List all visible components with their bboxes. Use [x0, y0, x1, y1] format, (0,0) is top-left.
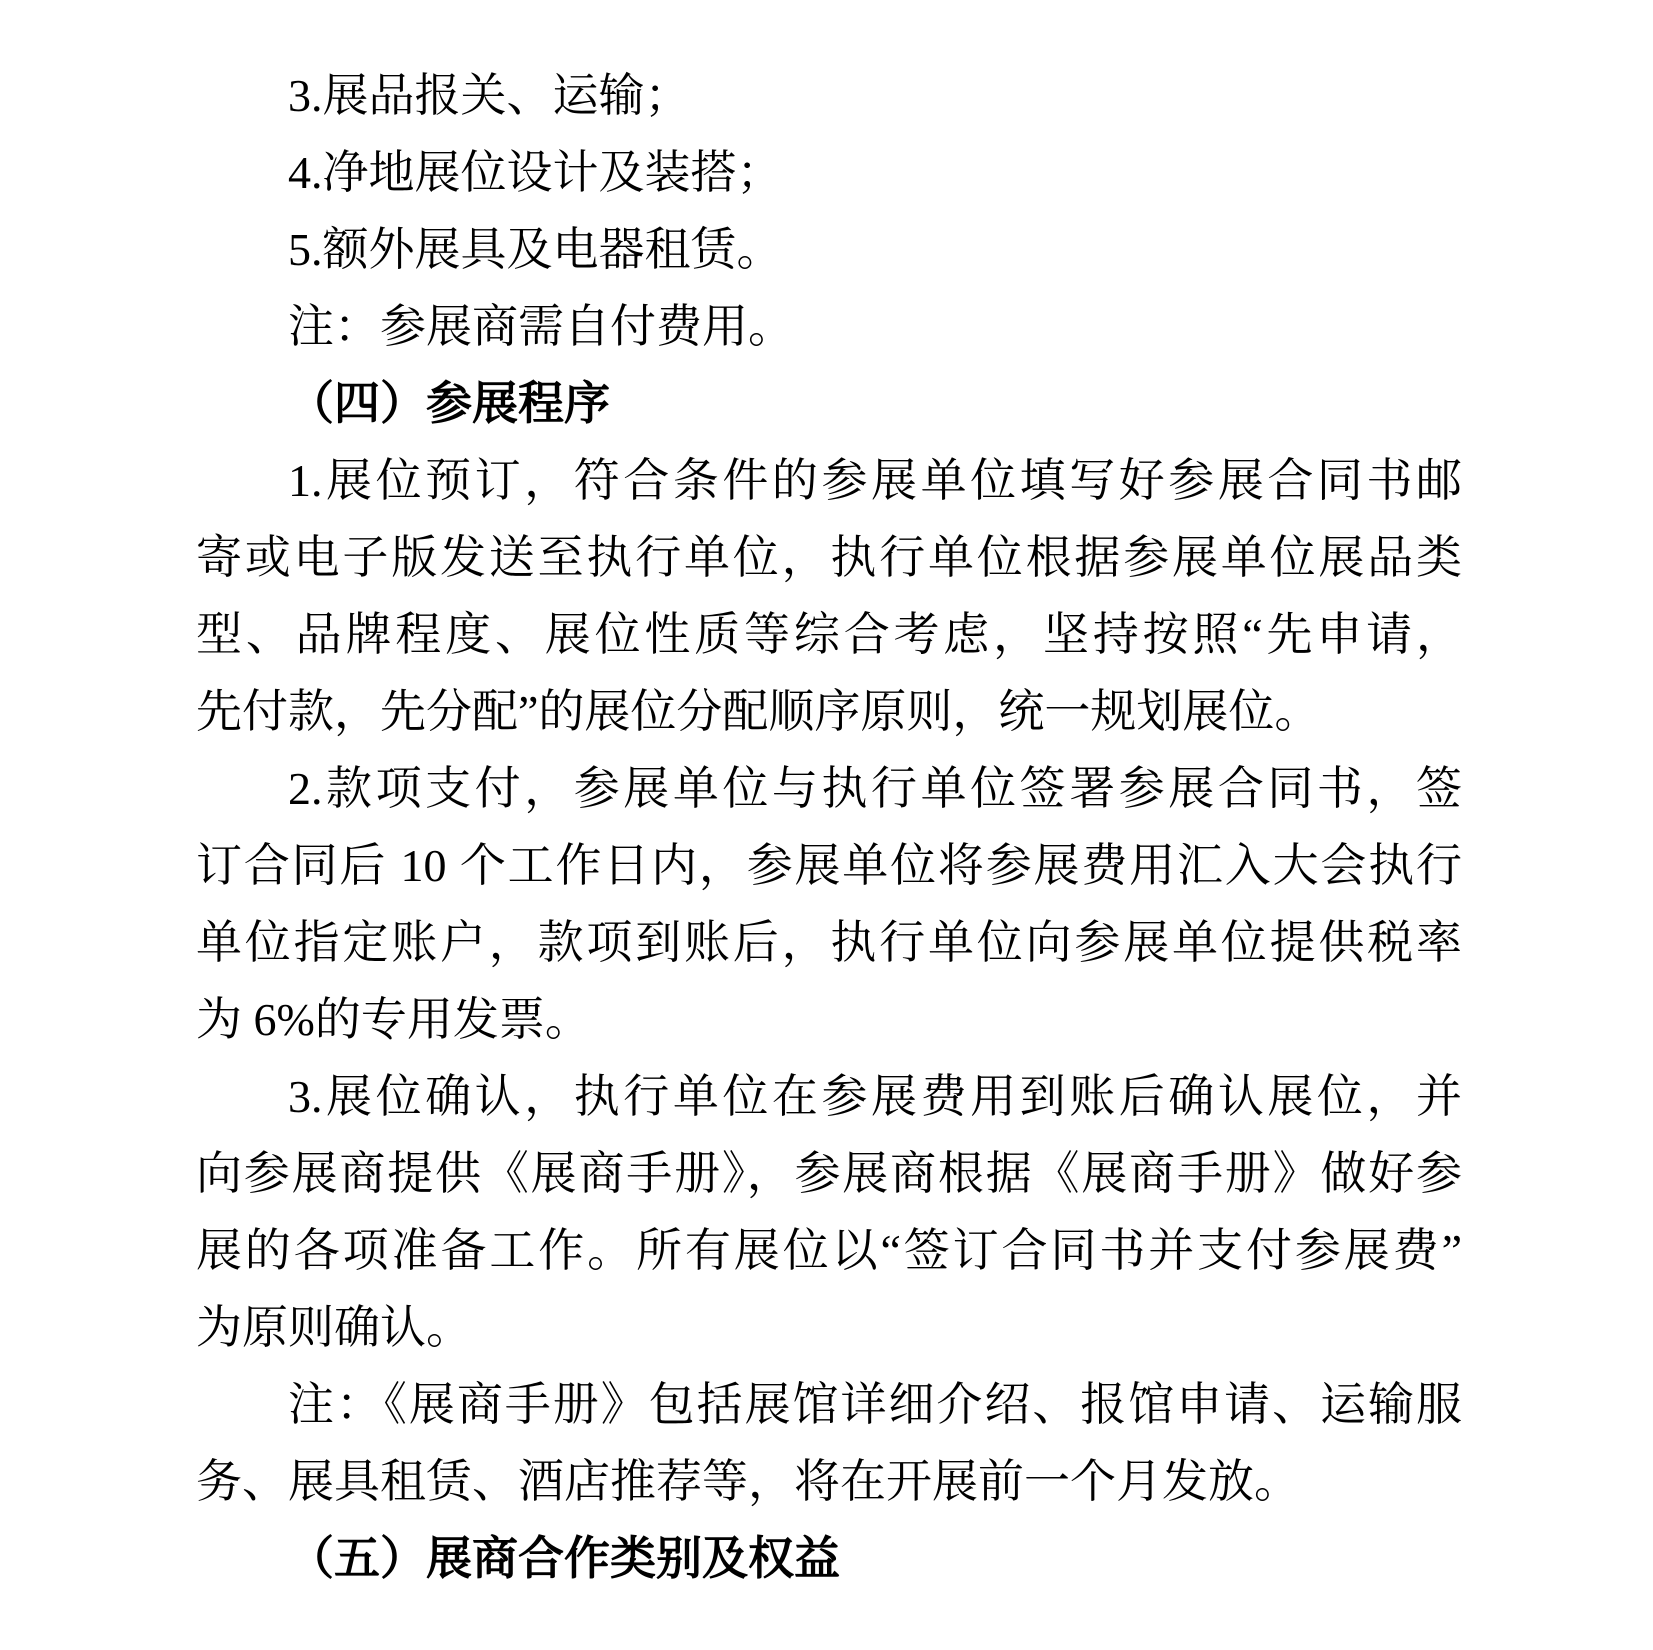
paragraph: 3.展品报关、运输； — [196, 57, 1462, 134]
paragraph: 注：《展商手册》包括展馆详细介绍、报馆申请、运输服务、展具租赁、酒店推荐等，将在… — [196, 1366, 1462, 1520]
heading-line: （五）展商合作类别及权益 — [196, 1520, 1462, 1597]
text-line: 务、展具租赁、酒店推荐等，将在开展前一个月发放。 — [196, 1443, 1462, 1520]
text-line: 向参展商提供《展商手册》，参展商根据《展商手册》做好参 — [196, 1135, 1462, 1212]
paragraph: 2.款项支付，参展单位与执行单位签署参展合同书，签订合同后 10 个工作日内，参… — [196, 750, 1462, 1058]
text-line: 4.净地展位设计及装搭； — [196, 134, 1462, 211]
text-line: 订合同后 10 个工作日内，参展单位将参展费用汇入大会执行 — [196, 827, 1462, 904]
paragraph: 注：参展商需自付费用。 — [196, 288, 1462, 365]
section-heading: （四）参展程序 — [196, 365, 1462, 442]
text-line: 寄或电子版发送至执行单位，执行单位根据参展单位展品类 — [196, 519, 1462, 596]
text-line: 2.款项支付，参展单位与执行单位签署参展合同书，签 — [196, 750, 1462, 827]
text-line: 3.展位确认，执行单位在参展费用到账后确认展位，并 — [196, 1058, 1462, 1135]
document-page: 3.展品报关、运输；4.净地展位设计及装搭；5.额外展具及电器租赁。注：参展商需… — [0, 0, 1653, 1650]
heading-line: （四）参展程序 — [196, 365, 1462, 442]
text-line: 5.额外展具及电器租赁。 — [196, 211, 1462, 288]
text-line: 单位指定账户，款项到账后，执行单位向参展单位提供税率 — [196, 904, 1462, 981]
text-line: 为 6%的专用发票。 — [196, 981, 1462, 1058]
text-line: 1.展位预订，符合条件的参展单位填写好参展合同书邮 — [196, 442, 1462, 519]
document-body: 3.展品报关、运输；4.净地展位设计及装搭；5.额外展具及电器租赁。注：参展商需… — [196, 57, 1462, 1597]
text-line: 注：参展商需自付费用。 — [196, 288, 1462, 365]
text-line: 展的各项准备工作。所有展位以“签订合同书并支付参展费” — [196, 1212, 1462, 1289]
text-line: 3.展品报关、运输； — [196, 57, 1462, 134]
paragraph: 3.展位确认，执行单位在参展费用到账后确认展位，并向参展商提供《展商手册》，参展… — [196, 1058, 1462, 1366]
text-line: 为原则确认。 — [196, 1289, 1462, 1366]
text-line: 先付款，先分配”的展位分配顺序原则，统一规划展位。 — [196, 673, 1462, 750]
paragraph: 1.展位预订，符合条件的参展单位填写好参展合同书邮寄或电子版发送至执行单位，执行… — [196, 442, 1462, 750]
text-line: 型、品牌程度、展位性质等综合考虑，坚持按照“先申请， — [196, 596, 1462, 673]
paragraph: 4.净地展位设计及装搭； — [196, 134, 1462, 211]
section-heading: （五）展商合作类别及权益 — [196, 1520, 1462, 1597]
paragraph: 5.额外展具及电器租赁。 — [196, 211, 1462, 288]
text-line: 注：《展商手册》包括展馆详细介绍、报馆申请、运输服 — [196, 1366, 1462, 1443]
